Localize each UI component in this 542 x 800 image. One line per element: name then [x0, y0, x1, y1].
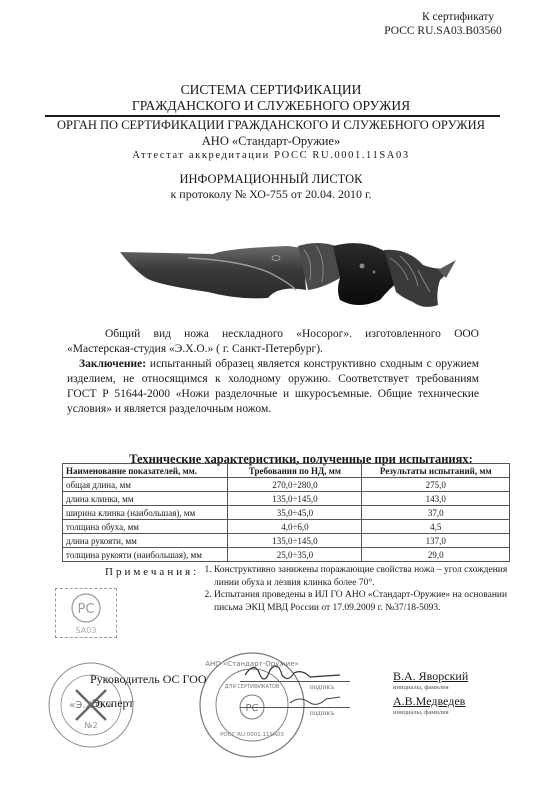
table-row: общая длина, мм 270,0÷280,0 275,0 [63, 478, 510, 492]
requirement: 135,0÷145,0 [228, 492, 362, 506]
column-header: Наименование показателей, мм. [63, 464, 228, 478]
organization-name: АНО «Стандарт-Оружие» [0, 134, 542, 149]
pcc-logo-icon: РС SA03 [56, 589, 116, 637]
conclusion-label: Заключение: [79, 358, 146, 370]
eho-stamp-number: №2 [84, 721, 97, 730]
result: 4,5 [362, 520, 510, 534]
column-header: Результаты испытаний, мм [362, 464, 510, 478]
cert-ref-number: РОСС RU.SA03.B03560 [368, 24, 518, 38]
table-row: толщина рукояти (наибольшая), мм 25,0÷35… [63, 548, 510, 562]
result: 275,0 [362, 478, 510, 492]
pcc-mark-text: РС [78, 602, 95, 617]
expert-name: А.В.Медведев [393, 694, 465, 709]
result: 137,0 [362, 534, 510, 548]
head-signature-caption: подпись [310, 683, 334, 691]
expert-signature-line [240, 707, 350, 708]
expert-signature-caption: подпись [310, 709, 334, 717]
notes-label: Примечания: [105, 566, 199, 578]
param-name: толщина обуха, мм [63, 520, 228, 534]
head-signature-line [240, 681, 350, 682]
result: 29,0 [362, 548, 510, 562]
pcc-code: SA03 [76, 626, 97, 635]
knife-image [118, 230, 458, 320]
result: 37,0 [362, 506, 510, 520]
column-header: Требования по НД, мм [228, 464, 362, 478]
table-row: длина рукояти, мм 135,0÷145,0 137,0 [63, 534, 510, 548]
product-description: Общий вид ножа нескладного «Носорог». из… [67, 327, 479, 357]
head-label: Руководитель ОС ГОО [90, 672, 206, 687]
ano-stamp-bottom: РОСС RU.0001.11SA03 [220, 732, 284, 738]
protocol-reference: к протоколу № ХО-755 от 20.04. 2010 г. [0, 187, 542, 202]
expert-name-caption: инициалы, фамилия [393, 709, 449, 716]
result: 143,0 [362, 492, 510, 506]
system-title-line2: ГРАЖДАНСКОГО И СЛУЖЕБНОГО ОРУЖИЯ [0, 98, 542, 114]
conclusion-paragraph: Заключение: испытанный образец является … [67, 357, 479, 417]
head-name-caption: инициалы, фамилия [393, 684, 449, 691]
param-name: толщина рукояти (наибольшая), мм [63, 548, 228, 562]
param-name: длина клинка, мм [63, 492, 228, 506]
header-divider [45, 115, 500, 117]
note-item: Конструктивно занижены поражающие свойст… [214, 564, 520, 589]
requirement: 135,0÷145,0 [228, 534, 362, 548]
accreditation-line: Аттестат аккредитации РОСС RU.0001.11SA0… [0, 150, 542, 161]
system-title-line1: СИСТЕМА СЕРТИФИКАЦИИ [0, 82, 542, 98]
param-name: длина рукояти, мм [63, 534, 228, 548]
requirement: 4,0÷6,0 [228, 520, 362, 534]
cert-ref-line1: К сертификату [398, 10, 518, 24]
note-item: Испытания проведены в ИЛ ГО АНО «Стандар… [214, 589, 520, 614]
table-row: длина клинка, мм 135,0÷145,0 143,0 [63, 492, 510, 506]
notes-list: Конструктивно занижены поражающие свойст… [198, 564, 520, 614]
expert-label: Эксперт [92, 696, 134, 711]
table-row: толщина обуха, мм 4,0÷6,0 4,5 [63, 520, 510, 534]
param-name: ширина клинка (наибольшая), мм [63, 506, 228, 520]
head-name: В.А. Яворский [393, 669, 468, 684]
pcc-certification-mark: РС SA03 [55, 588, 117, 638]
tech-specs-table: Наименование показателей, мм. Требования… [62, 463, 510, 562]
table-header-row: Наименование показателей, мм. Требования… [63, 464, 510, 478]
param-name: общая длина, мм [63, 478, 228, 492]
document-title: ИНФОРМАЦИОННЫЙ ЛИСТОК [0, 172, 542, 187]
certification-body: ОРГАН ПО СЕРТИФИКАЦИИ ГРАЖДАНСКОГО И СЛУ… [0, 118, 542, 133]
requirement: 35,0÷45,0 [228, 506, 362, 520]
requirement: 270,0÷280,0 [228, 478, 362, 492]
requirement: 25,0÷35,0 [228, 548, 362, 562]
table-row: ширина клинка (наибольшая), мм 35,0÷45,0… [63, 506, 510, 520]
certificate-reference: К сертификату РОСС RU.SA03.B03560 [398, 10, 518, 38]
